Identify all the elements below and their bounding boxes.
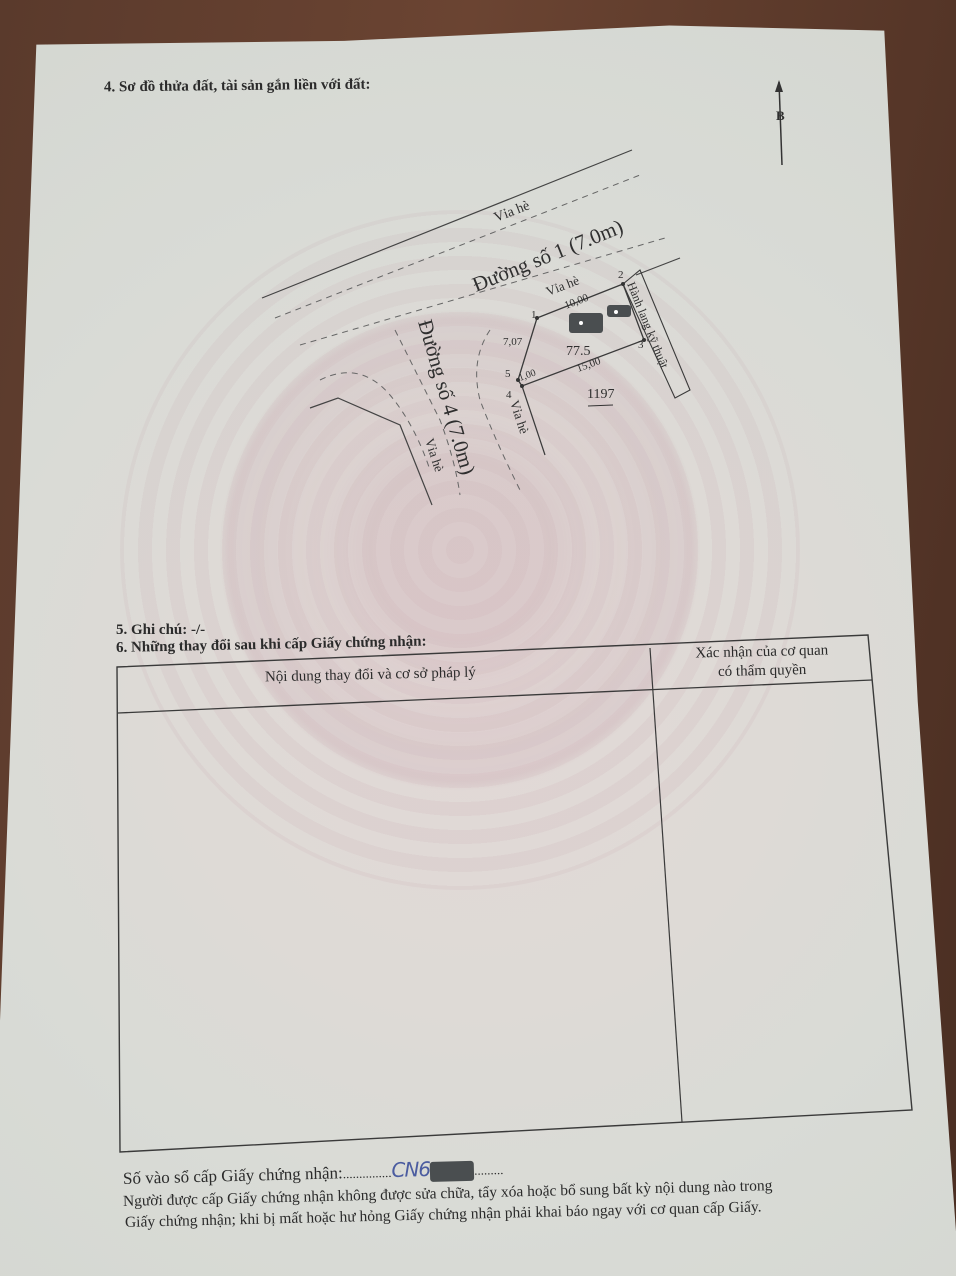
svg-text:2: 2 bbox=[618, 269, 624, 281]
section-5-title: 5. Ghi chú: -/- bbox=[116, 622, 205, 639]
column-header-line1: Xác nhận của cơ quan bbox=[682, 641, 842, 664]
parcel-map: B Vỉa hè Đường số 1 (7.0m) Vỉa hè 1 2 3 … bbox=[0, 0, 956, 640]
svg-text:1197: 1197 bbox=[587, 387, 614, 402]
north-label: B bbox=[776, 108, 785, 123]
svg-text:77.5: 77.5 bbox=[566, 344, 591, 359]
redacted-block bbox=[569, 313, 603, 333]
svg-text:Đường số 4 (7.0m): Đường số 4 (7.0m) bbox=[413, 317, 480, 478]
registry-dots: ......... bbox=[474, 1162, 504, 1178]
svg-text:4: 4 bbox=[506, 389, 512, 401]
column-header-confirmation: Xác nhận của cơ quan có thẩm quyền bbox=[682, 641, 843, 683]
svg-text:1: 1 bbox=[531, 309, 537, 321]
svg-text:Hành lang kỹ thuật: Hành lang kỹ thuật bbox=[624, 280, 672, 371]
column-header-line2: có thẩm quyền bbox=[682, 660, 842, 683]
svg-text:Vỉa hè: Vỉa hè bbox=[492, 198, 532, 225]
svg-text:3: 3 bbox=[638, 339, 644, 351]
redacted-block bbox=[607, 305, 631, 317]
registry-number: CN6 bbox=[391, 1157, 430, 1182]
svg-text:7,07: 7,07 bbox=[503, 336, 523, 348]
svg-text:5: 5 bbox=[505, 368, 511, 380]
redacted-block bbox=[430, 1161, 475, 1182]
svg-text:10,00: 10,00 bbox=[563, 292, 591, 312]
svg-text:Vỉa hè: Vỉa hè bbox=[422, 436, 447, 473]
certificate-page: 4. Sơ đồ thửa đất, tài sản gắn liền với … bbox=[0, 0, 956, 1276]
registry-dots: ............... bbox=[343, 1165, 392, 1181]
registry-label: Số vào sổ cấp Giấy chứng nhận: bbox=[123, 1163, 343, 1188]
